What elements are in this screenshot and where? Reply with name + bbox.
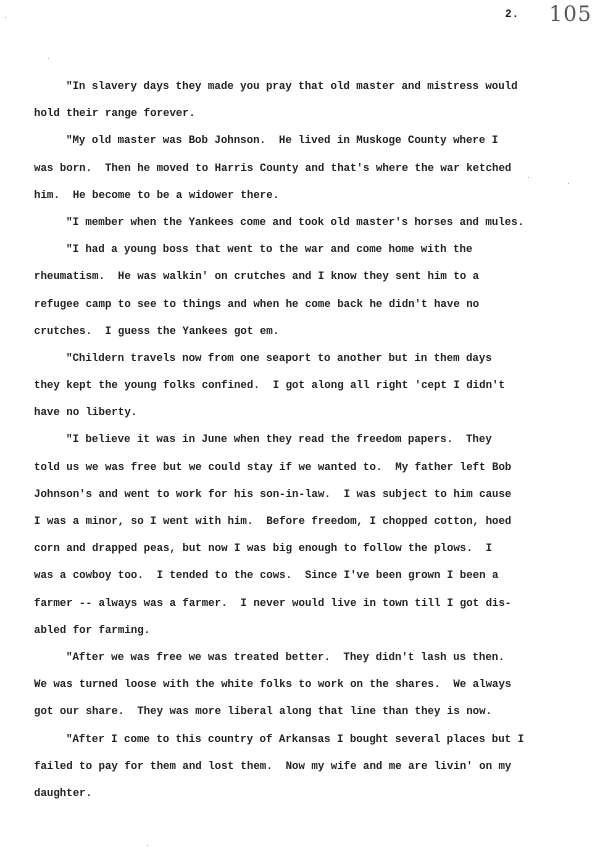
text-line: Johnson's and went to work for his son-i… xyxy=(34,487,594,514)
text-line: rheumatism. He was walkin' on crutches a… xyxy=(34,269,594,296)
scan-speck xyxy=(528,177,529,178)
text-line: daughter. xyxy=(34,786,594,813)
scan-speck xyxy=(568,183,569,184)
text-line: farmer -- always was a farmer. I never w… xyxy=(34,596,594,623)
transcript-body: "In slavery days they made you pray that… xyxy=(34,79,594,813)
scan-speck xyxy=(5,17,6,18)
text-line: they kept the young folks confined. I go… xyxy=(34,378,594,405)
text-line: have no liberty. xyxy=(34,405,594,432)
text-line: I was a minor, so I went with him. Befor… xyxy=(34,514,594,541)
text-line: "Childern travels now from one seaport t… xyxy=(34,351,594,378)
text-line: got our share. They was more liberal alo… xyxy=(34,704,594,731)
text-line: "I member when the Yankees come and took… xyxy=(34,215,594,242)
text-line: corn and drapped peas, but now I was big… xyxy=(34,541,594,568)
text-line: "In slavery days they made you pray that… xyxy=(34,79,594,106)
text-line: refugee camp to see to things and when h… xyxy=(34,297,594,324)
text-line: We was turned loose with the white folks… xyxy=(34,677,594,704)
text-line: him. He become to be a widower there. xyxy=(34,188,594,215)
scan-speck xyxy=(147,845,148,846)
text-line: "After we was free we was treated better… xyxy=(34,650,594,677)
text-line: "After I come to this country of Arkansa… xyxy=(34,732,594,759)
text-line: failed to pay for them and lost them. No… xyxy=(34,759,594,786)
text-line: hold their range forever. xyxy=(34,106,594,133)
text-line: told us we was free but we could stay if… xyxy=(34,460,594,487)
text-line: abled for farming. xyxy=(34,623,594,650)
text-line: was a cowboy too. I tended to the cows. … xyxy=(34,568,594,595)
archive-stamp-number: 105 xyxy=(549,2,592,26)
text-line: was born. Then he moved to Harris County… xyxy=(34,161,594,188)
text-line: "I believe it was in June when they read… xyxy=(34,432,594,459)
scan-speck xyxy=(48,58,49,59)
text-line: "My old master was Bob Johnson. He lived… xyxy=(34,133,594,160)
text-line: "I had a young boss that went to the war… xyxy=(34,242,594,269)
text-line: crutches. I guess the Yankees got em. xyxy=(34,324,594,351)
page-number: 2. xyxy=(505,9,519,21)
